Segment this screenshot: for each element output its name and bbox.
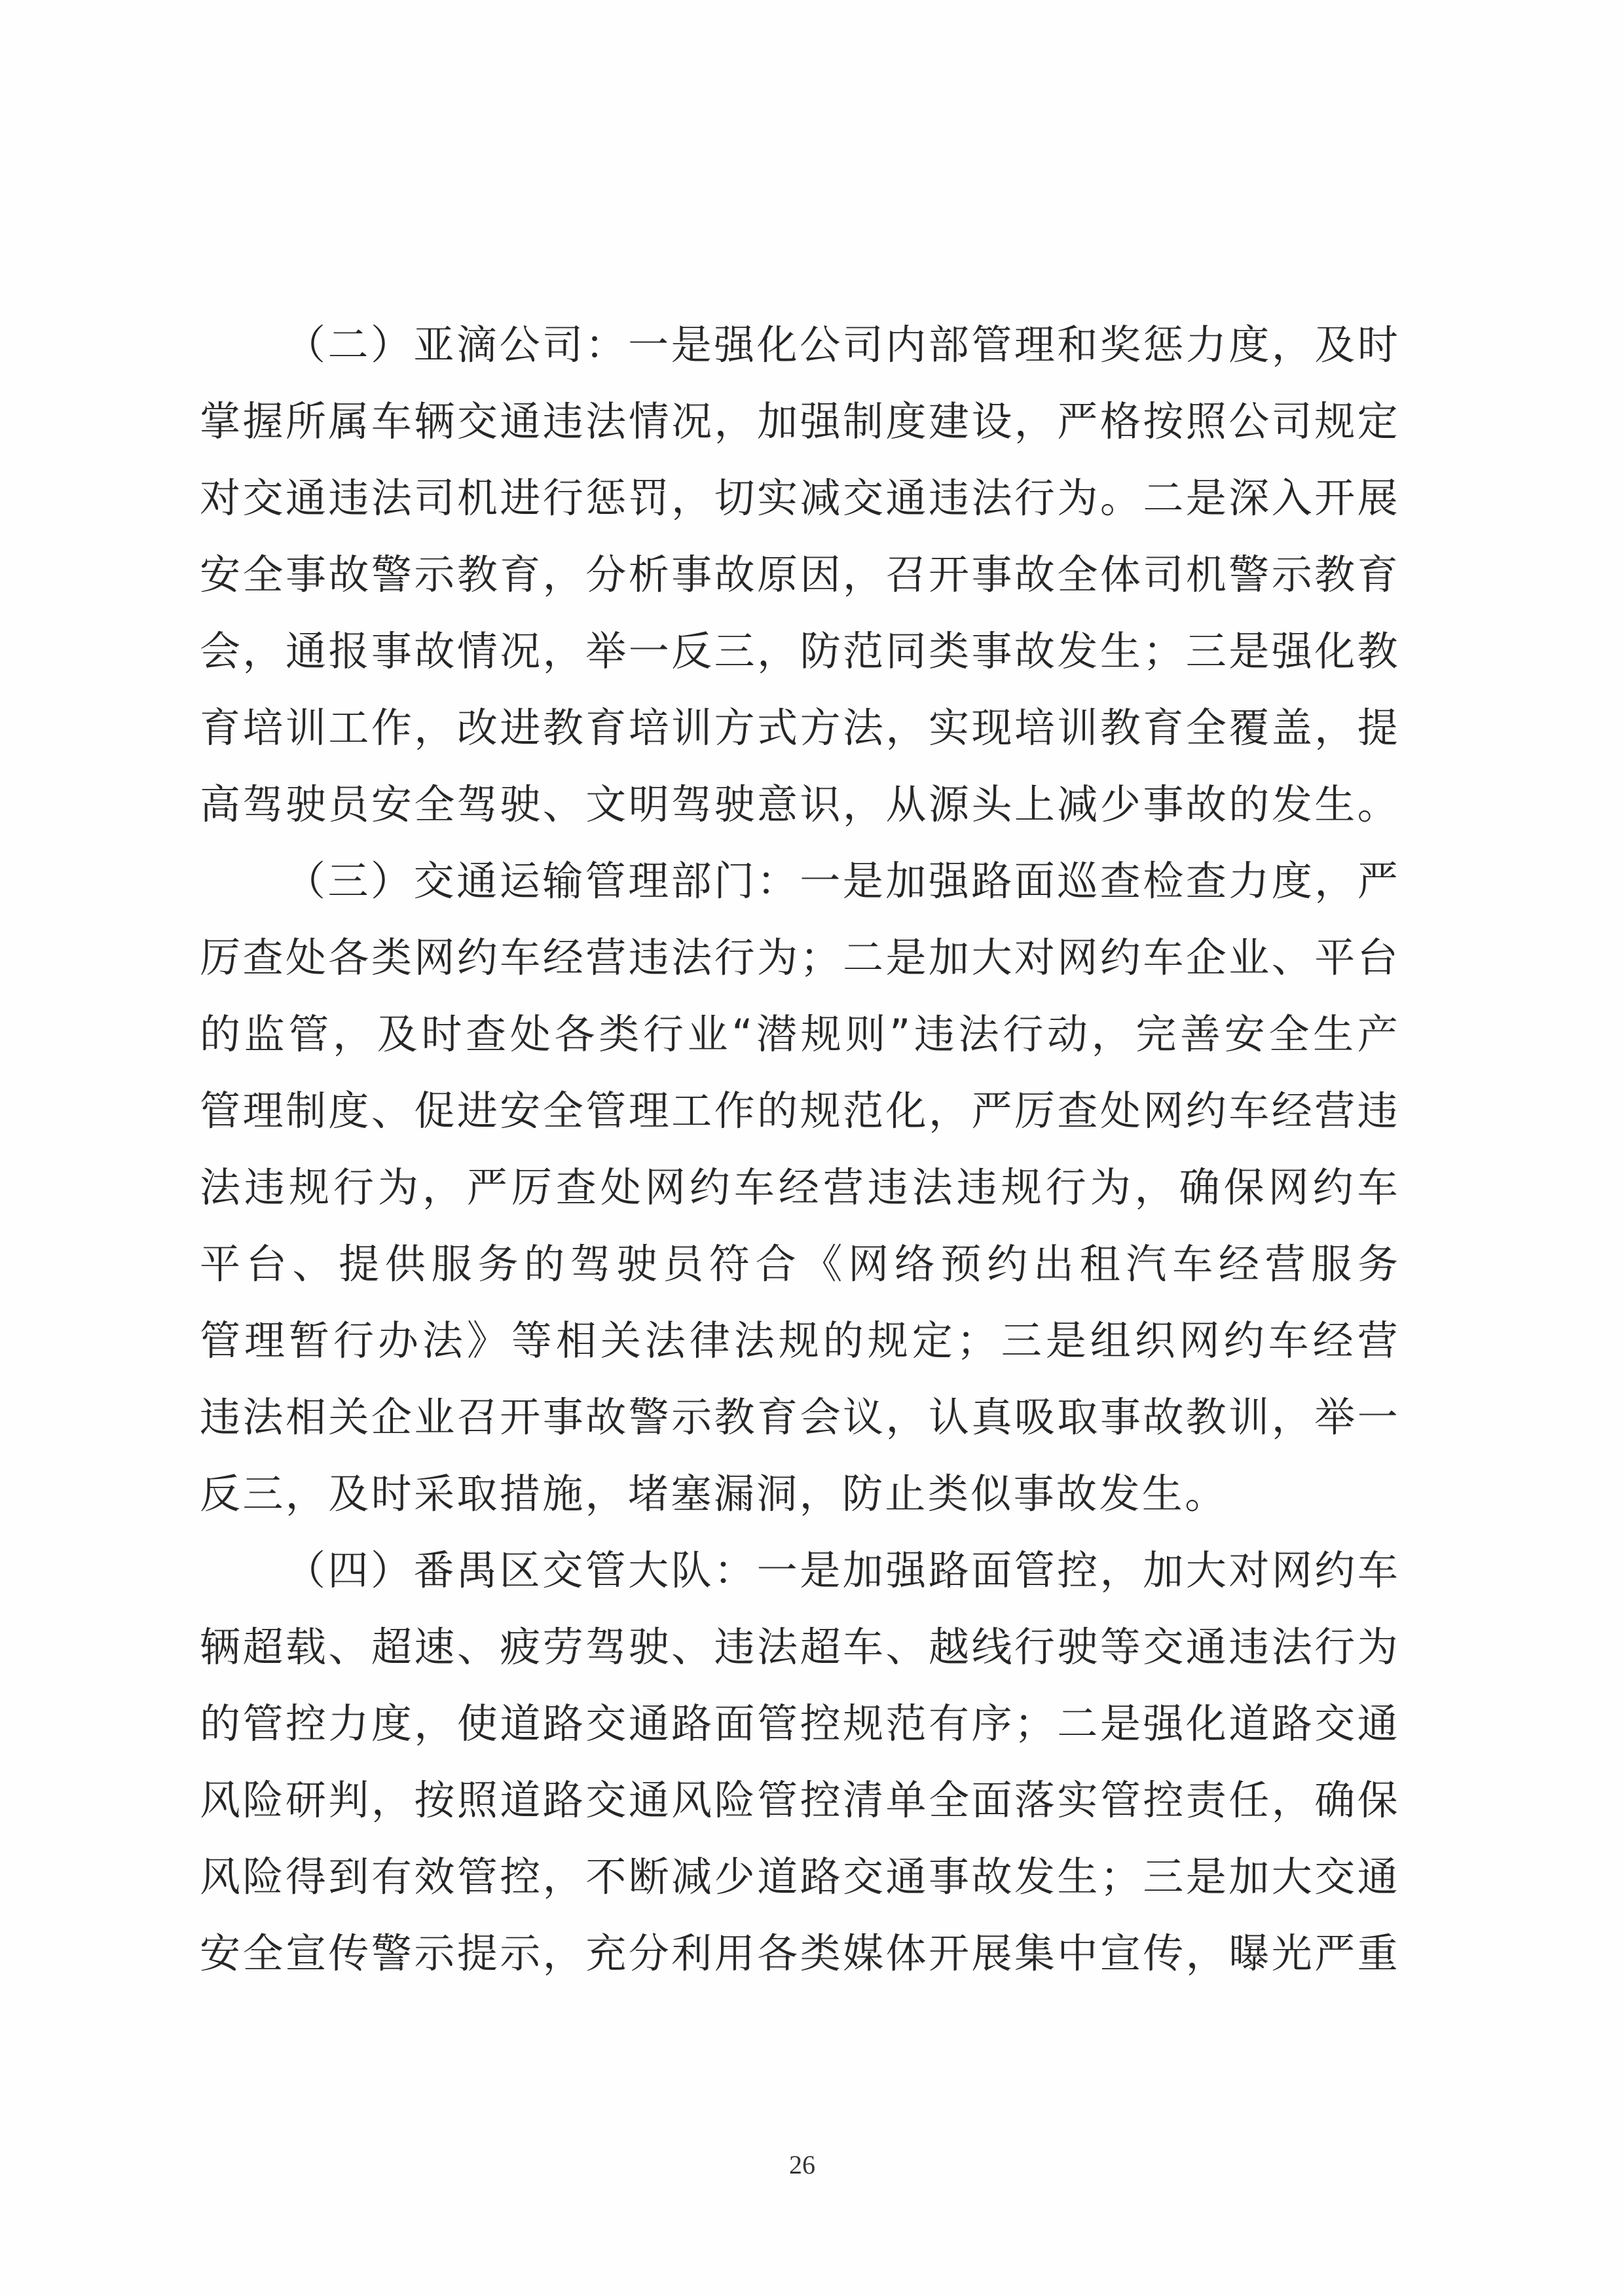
- paragraph-4-line-2: 辆超载、超速、疲劳驾驶、违法超车、越线行驶等交通违法行为: [200, 1621, 1398, 1673]
- paragraph-4-line-4: 风险研判，按照道路交通风险管控清单全面落实管控责任，确保: [200, 1774, 1398, 1827]
- paragraph-3-line-2: 厉查处各类网约车经营违法行为；二是加大对网约车企业、平台: [200, 932, 1398, 984]
- paragraph-2-line-2: 掌握所属车辆交通违法情况，加强制度建设，严格按照公司规定: [200, 395, 1398, 448]
- paragraph-3-line-3: 的监管，及时查处各类行业“潜规则”违法行动，完善安全生产: [200, 1008, 1398, 1061]
- paragraph-4-line-3: 的管控力度，使道路交通路面管控规范有序；二是强化道路交通: [200, 1698, 1398, 1750]
- paragraph-3-line-6: 平台、提供服务的驾驶员符合《网络预约出租汽车经营服务: [200, 1238, 1398, 1290]
- paragraph-2-line-4: 安全事故警示教育，分析事故原因，召开事故全体司机警示教育: [200, 549, 1398, 601]
- paragraph-3-line-5: 法违规行为，严厉查处网约车经营违法违规行为，确保网约车: [200, 1161, 1398, 1214]
- paragraph-3-line-9: 反三，及时采取措施，堵塞漏洞，防止类似事故发生。: [200, 1468, 1398, 1520]
- paragraph-3-line-7: 管理暂行办法》等相关法律法规的规定；三是组织网约车经营: [200, 1315, 1398, 1367]
- document-page: （二）亚滴公司：一是强化公司内部管理和奖惩力度，及时 掌握所属车辆交通违法情况，…: [0, 0, 1624, 2296]
- paragraph-2-line-1: （二）亚滴公司：一是强化公司内部管理和奖惩力度，及时: [285, 319, 1398, 371]
- paragraph-2-line-3: 对交通违法司机进行惩罚，切实减交通违法行为。二是深入开展: [200, 472, 1398, 524]
- paragraph-2-line-7: 高驾驶员安全驾驶、文明驾驶意识，从源头上减少事故的发生。: [200, 778, 1398, 831]
- paragraph-4-line-5: 风险得到有效管控，不断减少道路交通事故发生；三是加大交通: [200, 1851, 1398, 1903]
- paragraph-2-line-5: 会，通报事故情况，举一反三，防范同类事故发生；三是强化教: [200, 625, 1398, 678]
- paragraph-4-line-6: 安全宣传警示提示，充分利用各类媒体开展集中宣传，曝光严重: [200, 1927, 1398, 1980]
- paragraph-3-line-4: 管理制度、促进安全管理工作的规范化，严厉查处网约车经营违: [200, 1085, 1398, 1137]
- paragraph-3-line-1: （三）交通运输管理部门：一是加强路面巡查检查力度，严: [285, 855, 1398, 907]
- paragraph-3-line-8: 违法相关企业召开事故警示教育会议，认真吸取事故教训，举一: [200, 1391, 1398, 1444]
- page-number: 26: [773, 2151, 832, 2179]
- paragraph-2-line-6: 育培训工作，改进教育培训方式方法，实现培训教育全覆盖，提: [200, 702, 1398, 754]
- paragraph-4-line-1: （四）番禺区交管大队：一是加强路面管控，加大对网约车: [285, 1544, 1398, 1597]
